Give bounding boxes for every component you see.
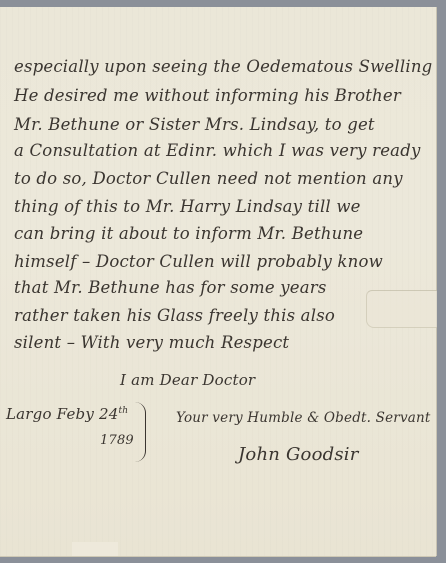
letter-line-6: thing of this to Mr. Harry Lindsay till … xyxy=(14,197,361,216)
letter-line-1: especially upon seeing the Oedematous Sw… xyxy=(14,57,432,76)
paper-stain xyxy=(366,290,437,328)
date-year: 1789 xyxy=(100,433,134,448)
letter-line-2: He desired me without informing his Brot… xyxy=(14,86,401,105)
signature: John Goodsir xyxy=(238,444,359,465)
paper-tab xyxy=(72,542,118,556)
letter-page: especially upon seeing the Oedematous Sw… xyxy=(0,7,436,556)
letter-line-7: can bring it about to inform Mr. Bethune xyxy=(14,224,363,243)
letter-line-5: to do so, Doctor Cullen need not mention… xyxy=(14,169,403,188)
closing-salutation: I am Dear Doctor xyxy=(120,371,255,389)
place-date-text: Largo Feby 24 xyxy=(6,405,118,423)
letter-line-3: Mr. Bethune or Sister Mrs. Lindsay, to g… xyxy=(14,115,375,134)
letter-line-10: rather taken his Glass freely this also xyxy=(14,306,335,325)
valediction: Your very Humble & Obedt. Servant xyxy=(176,410,431,426)
place-date: Largo Feby 24th xyxy=(6,405,128,423)
date-brace xyxy=(135,402,146,462)
letter-line-9: that Mr. Bethune has for some years xyxy=(14,278,327,297)
letter-line-8: himself – Doctor Cullen will probably kn… xyxy=(14,252,383,271)
letter-line-4: a Consultation at Edinr. which I was ver… xyxy=(14,141,421,160)
letter-line-11: silent – With very much Respect xyxy=(14,333,289,352)
date-suffix: th xyxy=(118,406,128,416)
